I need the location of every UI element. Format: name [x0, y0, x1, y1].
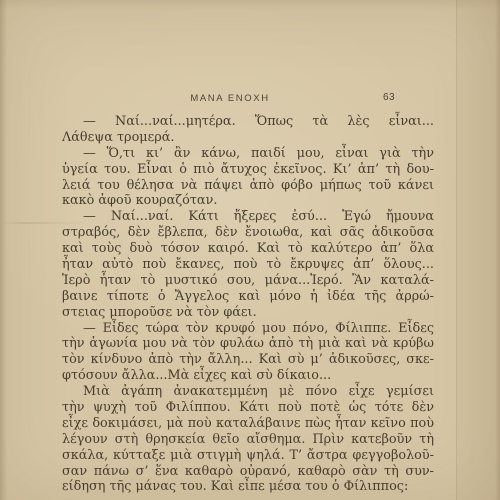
- text-line: βαινε τίποτε ὁ Ἄγγελος καὶ μόνο ἡ ἰδέα τ…: [62, 289, 434, 305]
- page-edge-shade: [456, 0, 500, 500]
- text-line: τὸν κίνδυνο ἀπὸ τὴν ἄλλη... Καὶ σὺ μ’ ἀδ…: [62, 352, 434, 368]
- text-line: κακὸ ἀφοῦ κουραζόταν.: [62, 193, 434, 209]
- text-line: εἶχε δοκιμάσει, μὰ ποὺ καταλάβαινε πὼς ἦ…: [62, 416, 434, 432]
- text-line: — Εἶδες τώρα τὸν κρυφό μου πόνο, Φίλιππε…: [62, 321, 434, 337]
- text-line: τὴν ἀγωνία μου νὰ τὸν φυλάω ἀπὸ τὴ μιὰ κ…: [62, 336, 434, 352]
- book-page: ΜΑΝΑ ΕΝΟΧΗ 63 — Ναί...ναί...μητέρα. Ὅπως…: [0, 0, 500, 500]
- text-line: Λάθεψα τρομερά.: [62, 130, 434, 146]
- text-line: τὴν ψυχὴ τοῦ Φιλίππου. Κάτι ποὺ ποτὲ ὡς …: [62, 400, 434, 416]
- text-line: στραβός, δὲν ἔβλεπα, δὲν ἔνοιωθα, καὶ σᾶ…: [62, 225, 434, 241]
- text-line: λέγουν στὴ θρησκεία θεῖο αἴσθημα. Πρὶν κ…: [62, 432, 434, 448]
- page-number: 63: [383, 92, 395, 103]
- text-line: — Ναί...ναί...μητέρα. Ὅπως τὰ λὲς εἶναι.…: [62, 114, 434, 130]
- text-line: — Ναί...ναί. Κάτι ἤξερες ἐσύ... Ἐγώ ἤμου…: [62, 209, 434, 225]
- text-line: λειά του θέλησα νὰ πάψει ἀπὸ φόβο μήπως …: [62, 178, 434, 194]
- text-line: καὶ τοὺς δυὸ τόσον καιρό. Καὶ τὸ καλύτερ…: [62, 241, 434, 257]
- page-body: — Ναί...ναί...μητέρα. Ὅπως τὰ λὲς εἶναι.…: [62, 114, 434, 495]
- text-line: Ἱερὸ ἦταν τὸ μυστικό σου, μάνα...Ἱερό. Ἂ…: [62, 273, 434, 289]
- text-line: είδηση τῆς μάνας του. Καὶ εἶπε μέσα του …: [62, 479, 434, 495]
- text-line: ἦταν αὐτὸ ποὺ ἔκανες, ποὺ τὸ ἔκρυψες ἀπ’…: [62, 257, 434, 273]
- text-line: — Ὅ,τι κι’ ἂν κάνω, παιδί μου, εἶναι γιὰ…: [62, 146, 434, 162]
- text-line: φτόσουν ἄλλα...Μὰ εἶχες καὶ σὺ δίκαιο...: [62, 368, 434, 384]
- text-line: στειας μποροῦσε νὰ τὸν φάει.: [62, 305, 434, 321]
- text-line: ὑγεία του. Εἶναι ὁ πιὸ ἄτυχος ἐκεῖνος. Κ…: [62, 162, 434, 178]
- text-line: σκάλα, κύτταξε μιὰ στιγμὴ ψηλά. Τ’ ἄστρα…: [62, 448, 434, 464]
- text-line: Μιὰ ἀγάπη ἀνακατεμμένη μὲ πόνο εἶχε γεμί…: [62, 384, 434, 400]
- text-line: σαν πάνω σ’ ἕνα καθαρὸ οὐρανό, καθαρὸ σὰ…: [62, 464, 434, 480]
